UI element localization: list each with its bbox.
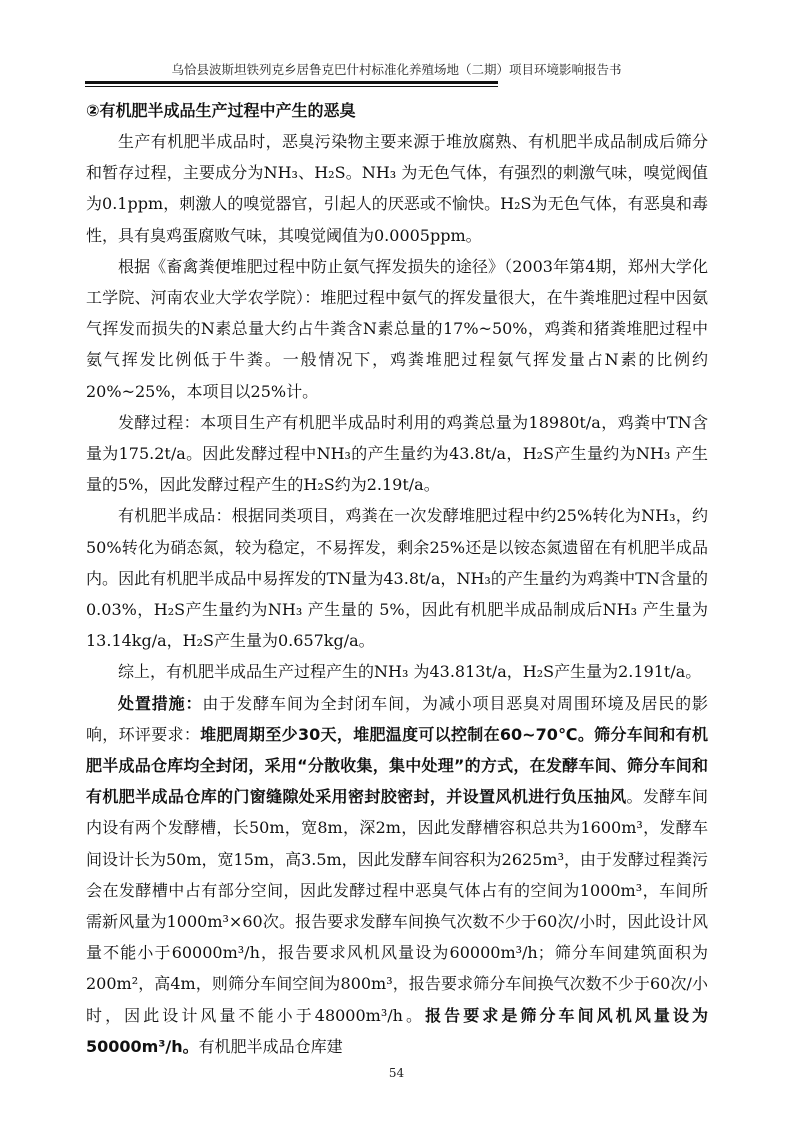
measures-text-3: 有机肥半成品仓库建 — [199, 1037, 343, 1056]
paragraph-fermentation: 发酵过程：本项目生产有机肥半成品时利用的鸡粪总量为18980t/a，鸡粪中TN含… — [86, 407, 708, 501]
page-body: ②有机肥半成品生产过程中产生的恶臭 生产有机肥半成品时，恶臭污染物主要来源于堆放… — [86, 96, 708, 1062]
measures-label: 处置措施： — [118, 694, 202, 713]
header-rule-thin — [85, 86, 498, 87]
paragraph-summary: 综上，有机肥半成品生产过程产生的NH₃ 为43.813t/a，H₂S产生量为2.… — [86, 656, 708, 687]
paragraph-semi-finished: 有机肥半成品：根据同类项目，鸡粪在一次发酵堆肥过程中约25%转化为NH₃，约50… — [86, 500, 708, 656]
running-header: 乌恰县波斯坦铁列克乡居鲁克巴什村标准化养殖场地（二期）项目环境影响报告书 — [0, 60, 793, 78]
measures-text-2: 。发酵车间内设有两个发酵槽，长50m，宽8m，深2m，因此发酵槽容积总共为160… — [86, 787, 708, 1024]
page-number: 54 — [0, 1066, 793, 1080]
paragraph-measures: 处置措施：由于发酵车间为全封闭车间，为减小项目恶臭对周围环境及居民的影响，环评要… — [86, 688, 708, 1062]
section-heading: ②有机肥半成品生产过程中产生的恶臭 — [86, 96, 708, 126]
header-rule-thick — [85, 81, 498, 84]
paragraph-odor-sources: 生产有机肥半成品时，恶臭污染物主要来源于堆放腐熟、有机肥半成品制成后筛分和暂存过… — [86, 126, 708, 251]
paragraph-ammonia-reference: 根据《畜禽粪便堆肥过程中防止氨气挥发损失的途径》（2003年第4期，郑州大学化工… — [86, 251, 708, 407]
